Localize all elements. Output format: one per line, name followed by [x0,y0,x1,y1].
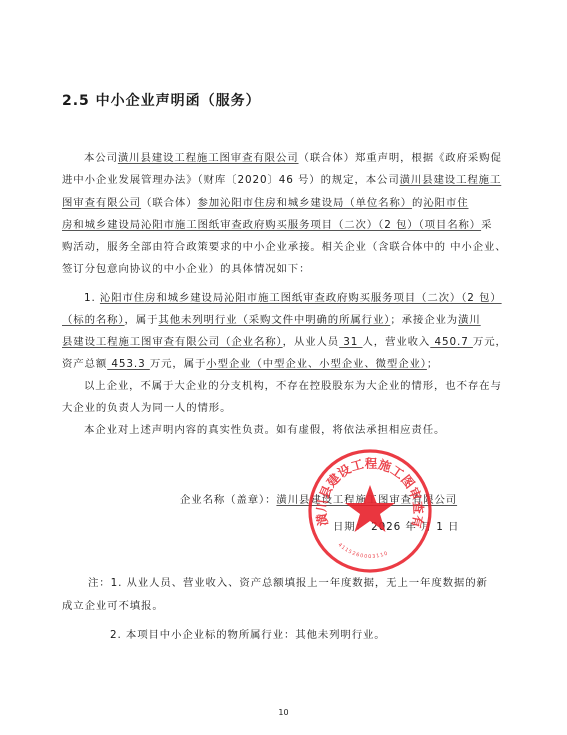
text-run: ，属于 [125,314,159,326]
svg-text:4115260003110: 4115260003110 [337,542,390,560]
underlined-fill-text: 潢川县建设工程施工图审查有限公司 [118,152,299,164]
item1-line-3: 县建设工程施工图审查有限公司（企业名称），从业人员 31 人，营业收入 450.… [62,335,507,349]
note1-line-1: 注：1. 从业人员、营业收入、资产总额填报上一年度数据，无上一年度数据的新 [88,576,533,590]
text-run: ；承接企业为 [390,314,458,326]
company-seal-icon: 潢川县建设工程施工图审查有限公司 4115260003110 [306,447,434,575]
para2-line-2: 大企业的负责人为同一人的情形。 [62,401,507,415]
text-run: 1. [84,292,100,304]
text-run: 人，营业收入 [363,336,431,348]
underlined-fill-text: 沁阳市住 [423,197,468,209]
text-run: 以上企业，不属于大企业的分支机构，不存在控股股东为大企业的情形，也不存在与 [84,380,502,392]
para1-line-5: 购活动，服务全部由符合政策要求的中小企业承接。相关企业（含联合体中的 中小企业、 [62,240,507,254]
underlined-fill-text: 县建设工程施工图审查有限公司（企业名称） [62,336,283,348]
text-run: 资产总额 [62,358,107,370]
note1-line-2: 成立企业可不填报。 [62,599,507,613]
para1-line-4: 房和城乡建设局沁阳市施工图纸审查政府购买服务项目（二次）（2 包）（项目名称）采 [62,218,507,232]
text-run: 大企业的负责人为同一人的情形。 [62,402,231,414]
underlined-fill-text: （标的名称） [62,314,125,326]
signature-label: 企业名称（盖章）： [180,494,276,506]
page-number: 10 [0,708,567,717]
date-line: 日期： 2026 年 月 1 日 [333,518,459,533]
text-run: 万元，属于 [150,358,206,370]
underlined-fill-text: 小型企业（中型企业、小型企业、微型企业） [206,358,427,370]
text-run: 签订分包意向协议的中小企业）的具体情况如下： [62,263,310,275]
signature-line: 企业名称（盖章）：潢川县建设工程施工图审查有限公司 [180,491,457,506]
text-run: ，从业人员 [283,336,339,348]
text-run: 本企业对上述声明内容的真实性负责。如有虚假，将依法承担相应责任。 [84,424,445,436]
signature-company: 潢川县建设工程施工图审查有限公司 [276,494,457,506]
item1-line-4: 资产总额 453.3 万元，属于小型企业（中型企业、小型企业、微型企业）； [62,357,507,371]
document-page: 2.5 中小企业声明函（服务） 本公司潢川县建设工程施工图审查有限公司（联合体）… [0,0,567,735]
para1-line-6: 签订分包意向协议的中小企业）的具体情况如下： [62,262,507,276]
text-run: （联合体） [141,197,197,209]
para1-line-3: 图审查有限公司（联合体）参加沁阳市住房和城乡建设局（单位名称）的沁阳市住 [62,196,507,210]
underlined-fill-text: 其他未列明行业（采购文件中明确的所属行业） [158,314,390,326]
text-run: 注：1. 从业人员、营业收入、资产总额填报上一年度数据，无上一年度数据的新 [88,577,488,589]
underlined-fill-text: 31 [339,336,362,348]
para2-line-1: 以上企业，不属于大企业的分支机构，不存在控股股东为大企业的情形，也不存在与 [84,379,529,393]
text-run: 的 [412,197,423,209]
underlined-fill-text: 沁阳市住房和城乡建设局沁阳市施工图纸审查政府购买服务项目（二次）（2 包） [100,292,502,304]
text-run: ； [427,358,438,370]
underlined-fill-text: 450.7 [430,336,473,348]
text-run: 万元， [473,336,507,348]
date-label: 日期： [333,521,367,533]
item1-line-2: （标的名称），属于其他未列明行业（采购文件中明确的所属行业）；承接企业为潢川 [62,313,507,327]
text-run: （联合体）郑重声明，根据《政府采购促 [299,152,502,164]
text-run: 进中小企业发展管理办法》（财库〔2020〕46 号）的规定，本公司 [62,174,400,186]
para3-line-1: 本企业对上述声明内容的真实性负责。如有虚假，将依法承担相应责任。 [84,423,529,437]
underlined-fill-text: 房和城乡建设局沁阳市施工图纸审查政府购买服务项目（二次）（2 包）（项目名称） [62,219,481,231]
text-run: 本公司 [84,152,118,164]
underlined-fill-text: 453.3 [107,358,150,370]
text-run: 成立企业可不填报。 [62,600,164,612]
underlined-fill-text: 潢川 [458,314,481,326]
date-value: 2026 年 月 1 日 [371,521,459,533]
text-run: 购活动，服务全部由符合政策要求的中小企业承接。相关企业（含联合体中的 中小企业、 [62,241,507,253]
text-run: 采 [481,219,492,231]
note2: 2. 本项目中小企业标的物所属行业：其他未列明行业。 [110,628,555,642]
underlined-fill-text: 潢川县建设工程施工 [400,174,502,186]
item1-line-1: 1. 沁阳市住房和城乡建设局沁阳市施工图纸审查政府购买服务项目（二次）（2 包） [84,291,529,305]
para1-line-2: 进中小企业发展管理办法》（财库〔2020〕46 号）的规定，本公司潢川县建设工程… [62,173,507,187]
section-title: 2.5 中小企业声明函（服务） [62,90,261,110]
underlined-fill-text: 参加沁阳市住房和城乡建设局（单位名称） [198,197,413,209]
underlined-fill-text: 图审查有限公司 [62,197,141,209]
para1-line-1: 本公司潢川县建设工程施工图审查有限公司（联合体）郑重声明，根据《政府采购促 [84,151,529,165]
